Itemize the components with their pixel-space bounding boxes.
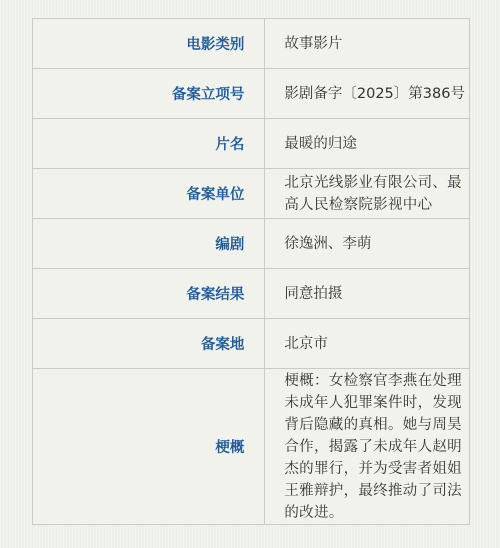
value-result: 同意拍摄	[265, 269, 470, 319]
label-result: 备案结果	[33, 269, 265, 319]
row-location: 备案地 北京市	[33, 319, 470, 369]
row-registrant: 备案单位 北京光线影业有限公司、最高人民检察院影视中心	[33, 169, 470, 219]
label-location: 备案地	[33, 319, 265, 369]
value-film-category: 故事影片	[265, 19, 470, 69]
label-title: 片名	[33, 119, 265, 169]
value-registration-number: 影剧备字〔2025〕第386号	[265, 69, 470, 119]
row-screenwriter: 编剧 徐逸洲、李萌	[33, 219, 470, 269]
label-film-category: 电影类别	[33, 19, 265, 69]
row-registration-number: 备案立项号 影剧备字〔2025〕第386号	[33, 69, 470, 119]
film-registration-table: 电影类别 故事影片 备案立项号 影剧备字〔2025〕第386号 片名 最暖的归途…	[32, 18, 470, 525]
value-location: 北京市	[265, 319, 470, 369]
label-registration-number: 备案立项号	[33, 69, 265, 119]
value-title: 最暖的归途	[265, 119, 470, 169]
value-screenwriter: 徐逸洲、李萌	[265, 219, 470, 269]
row-synopsis: 梗概 梗概：女检察官李燕在处理未成年人犯罪案件时，发现背后隐藏的真相。她与周昊合…	[33, 369, 470, 525]
label-registrant: 备案单位	[33, 169, 265, 219]
label-synopsis: 梗概	[33, 369, 265, 525]
value-registrant: 北京光线影业有限公司、最高人民检察院影视中心	[265, 169, 470, 219]
row-film-category: 电影类别 故事影片	[33, 19, 470, 69]
label-screenwriter: 编剧	[33, 219, 265, 269]
row-title: 片名 最暖的归途	[33, 119, 470, 169]
value-synopsis: 梗概：女检察官李燕在处理未成年人犯罪案件时，发现背后隐藏的真相。她与周昊合作，揭…	[265, 369, 470, 525]
row-result: 备案结果 同意拍摄	[33, 269, 470, 319]
